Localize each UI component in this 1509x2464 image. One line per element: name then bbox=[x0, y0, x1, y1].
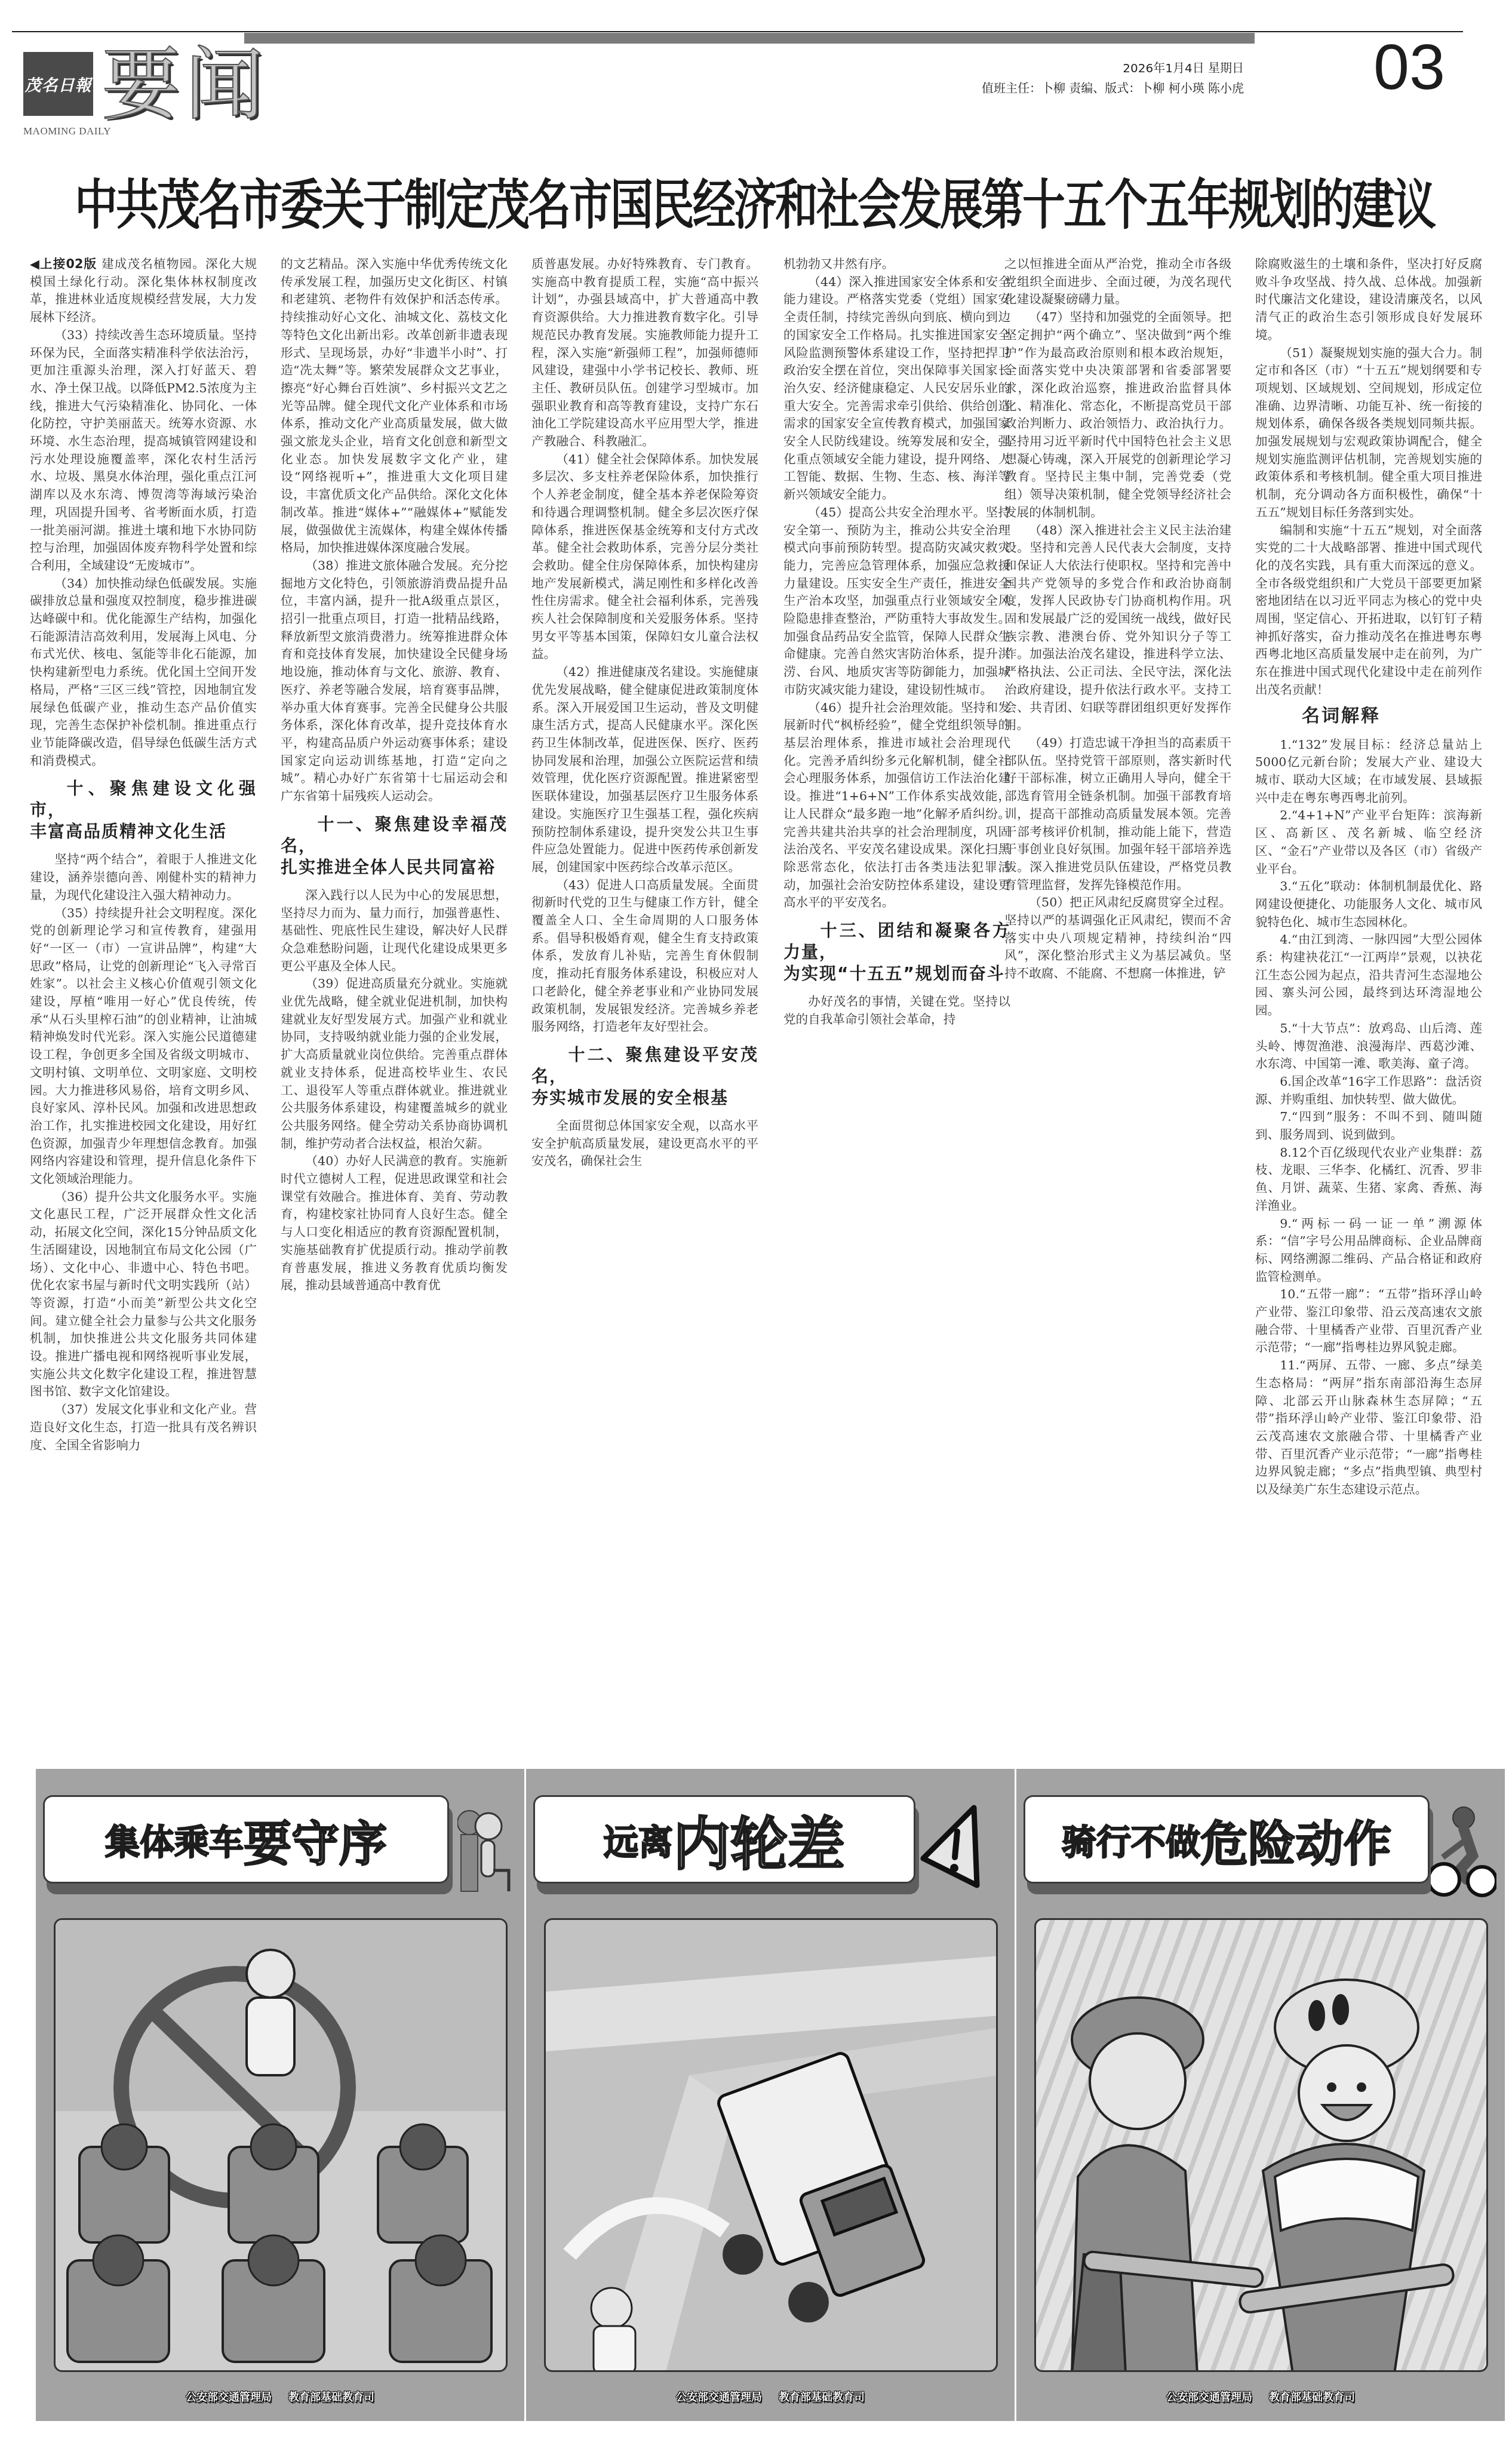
warning-triangle-icon bbox=[920, 1805, 980, 1888]
comic-title-small: 远离 bbox=[604, 1814, 673, 1864]
article-body: ◀上接02版 建成茂名植物园。深化大规模国土绿化行动。深化集体林权制度改革，推进… bbox=[30, 256, 1481, 1737]
column-3: 质普惠发展。办好特殊教育、专门教育。实施高中教育提质工程，实施“高中振兴计划”，… bbox=[531, 256, 758, 1737]
paragraph: （39）促进高质量充分就业。实施就业优先战略，健全就业促进机制，加快构建就业友好… bbox=[281, 975, 508, 1153]
glossary-list: 1.“132”发展目标：经济总量站上5000亿元新台阶；发展大产业、建设大城市、… bbox=[1255, 736, 1482, 1499]
section-heading-line-1: 十一、聚焦建设幸福茂名， bbox=[281, 814, 508, 857]
section-heading: 十一、聚焦建设幸福茂名，扎实推进全体人民共同富裕 bbox=[281, 814, 508, 878]
paragraph-text: 全面贯彻总体国家安全观，以高水平安全护航高质量发展，建设更高水平的平安茂名，确保… bbox=[531, 1119, 758, 1168]
comic-panel-bus: 集体乘车要守序 bbox=[36, 1769, 524, 2421]
paragraph-text: （34）加快推动绿色低碳发展。实施碳排放总量和强度双控制度，稳步推进碳达峰碳中和… bbox=[30, 576, 257, 768]
paragraph: （38）推进文旅体融合发展。充分挖掘地方文化特色，引领旅游消费品提升品位，丰富内… bbox=[281, 557, 508, 806]
truck-turning-illustration bbox=[546, 1920, 998, 2372]
paragraph-text: （38）推进文旅体融合发展。充分挖掘地方文化特色，引领旅游消费品提升品位，丰富内… bbox=[281, 558, 508, 803]
paragraph-text: （46）提升社会治理效能。坚持和发展新时代“枫桥经验”，健全党组织领导的基层治理… bbox=[783, 701, 1010, 910]
safety-comics: 集体乘车要守序 bbox=[36, 1769, 1505, 2421]
credit-education-dept: 教育部基础教育司 bbox=[288, 2391, 374, 2404]
paragraph: 编制和实施“十五五”规划，对全面落实党的二十大战略部署、推进中国式现代化的茂名实… bbox=[1255, 522, 1482, 699]
section-heading: 十二、聚焦建设平安茂名，夯实城市发展的安全根基 bbox=[531, 1044, 758, 1109]
paragraph: （40）办好人民满意的教育。实施新时代立德树人工程，促进思政课堂和社会课堂有效融… bbox=[281, 1153, 508, 1295]
paragraph-text: 之以恒推进全面从严治党，推动全市各级党组织全面进步、全面过硬，为茂名现代化建设凝… bbox=[1004, 257, 1231, 306]
paragraph-text: 机勃勃又井然有序。 bbox=[783, 257, 894, 271]
glossary-item: 5.“十大节点”：放鸡岛、山后湾、莲头岭、博贺渔港、浪漫海岸、西葛沙滩、水东湾、… bbox=[1255, 1020, 1482, 1073]
paragraph: （46）提升社会治理效能。坚持和发展新时代“枫桥经验”，健全党组织领导的基层治理… bbox=[783, 699, 1010, 912]
credit-education-dept: 教育部基础教育司 bbox=[1269, 2391, 1355, 2404]
paragraph: （35）持续提升社会文明程度。深化党的创新理论学习和宣传教育，建强用好“一区一（… bbox=[30, 905, 257, 1188]
paragraph: 办好茂名的事情，关键在党。坚持以党的自我革命引领社会革命，持 bbox=[783, 993, 1010, 1028]
issue-date: 2026年1月4日 星期日 bbox=[1123, 59, 1244, 76]
paragraph-text: （33）持续改善生态环境质量。坚持环保为民，全面落实精准科学依法治污，更加注重源… bbox=[30, 328, 257, 573]
paragraph: 全面贯彻总体国家安全观，以高水平安全护航高质量发展，建设更高水平的平安茂名，确保… bbox=[531, 1117, 758, 1170]
column-2: 的文艺精品。深入实施中华优秀传统文化传承发展工程，加强历史文化街区、村镇和老建筑… bbox=[281, 256, 508, 1737]
paragraph-text: （51）凝聚规划实施的强大合力。制定市和各区（市）“十五五”规划纲要和专项规划、… bbox=[1255, 346, 1482, 520]
paragraph-text: （41）健全社会保障体系。加快发展多层次、多支柱养老保险体系，加快推行个人养老金… bbox=[531, 452, 758, 662]
cyclists-illustration bbox=[1036, 1920, 1488, 2372]
credit-traffic-bureau: 公安部交通管理局 bbox=[186, 2391, 272, 2404]
section-heading-line-1: 十、聚焦建设文化强市， bbox=[30, 778, 257, 821]
logo-english: MAOMING DAILY bbox=[23, 125, 93, 137]
seated-passenger-icon bbox=[457, 1805, 511, 1894]
paragraph: （42）推进健康茂名建设。实施健康优先发展战略，健全健康促进政策制度体系。深入开… bbox=[531, 663, 758, 876]
paragraph: （45）提高公共安全治理水平。坚持安全第一、预防为主，推动公共安全治理模式向事前… bbox=[783, 504, 1010, 699]
paragraph: （48）深入推进社会主义民主法治建设。坚持和完善人民代表大会制度，支持和保证人大… bbox=[1004, 522, 1231, 735]
paragraph: （44）深入推进国家安全体系和安全能力建设。严格落实党委（党组）国家安全责任制，… bbox=[783, 274, 1010, 504]
comic-illustration-cycling bbox=[1034, 1918, 1488, 2372]
glossary-item: 4.“由江到湾、一脉四园”大型公园体系：构建袂花江“一江两岸”景观，以袂花江生态… bbox=[1255, 931, 1482, 1020]
section-heading-line-1: 十三、团结和凝聚各方力量， bbox=[783, 920, 1010, 963]
paragraph-text: （43）促进人口高质量发展。全面贯彻新时代党的卫生与健康工作方针，健全覆盖全人口… bbox=[531, 878, 758, 1034]
paragraph: （41）健全社会保障体系。加快发展多层次、多支柱养老保险体系，加快推行个人养老金… bbox=[531, 451, 758, 663]
paragraph-text: 编制和实施“十五五”规划，对全面落实党的二十大战略部署、推进中国式现代化的茂名实… bbox=[1255, 523, 1482, 697]
paragraph: （36）提升公共文化服务水平。实施文化惠民工程，广泛开展群众性文化活动，拓展文化… bbox=[30, 1188, 257, 1401]
paragraph-text: （49）打造忠诚干净担当的高素质干部队伍。坚持党管干部原则，落实新时代好干部标准… bbox=[1004, 736, 1231, 892]
paragraph-text: （45）提高公共安全治理水平。坚持安全第一、预防为主，推动公共安全治理模式向事前… bbox=[783, 505, 1010, 697]
column-6: 除腐败滋生的土壤和条件，坚决打好反腐败斗争攻坚战、持久战、总体战。加强新时代廉洁… bbox=[1255, 256, 1482, 1737]
paragraph-text: （48）深入推进社会主义民主法治建设。坚持和完善人民代表大会制度，支持和保证人大… bbox=[1004, 523, 1231, 733]
comic-title-small: 集体乘车 bbox=[105, 1814, 244, 1864]
comic-credit: 公安部交通管理局教育部基础教育司 bbox=[526, 2389, 1015, 2404]
paragraph: （34）加快推动绿色低碳发展。实施碳排放总量和强度双控制度，稳步推进碳达峰碳中和… bbox=[30, 575, 257, 770]
comic-panel-cycling: 骑行不做危险动作 bbox=[1016, 1769, 1505, 2421]
paragraph: 的文艺精品。深入实施中华优秀传统文化传承发展工程，加强历史文化街区、村镇和老建筑… bbox=[281, 256, 508, 557]
section-heading-line-2: 扎实推进全体人民共同富裕 bbox=[281, 857, 508, 878]
comic-title-big: 危险动作 bbox=[1200, 1805, 1391, 1874]
newspaper-logo: 茂名日報 bbox=[23, 52, 93, 116]
paragraph: 坚持“两个结合”，着眼于人推进文化建设，涵养崇德向善、刚健朴实的精神力量，为现代… bbox=[30, 851, 257, 904]
paragraph: 深入践行以人民为中心的发展思想，坚持尽力而为、量力而行，加强普惠性、基础性、兜底… bbox=[281, 887, 508, 976]
bus-interior-illustration bbox=[56, 1920, 508, 2372]
paragraph-text: 办好茂名的事情，关键在党。坚持以党的自我革命引领社会革命，持 bbox=[783, 994, 1010, 1027]
comic-title-banner: 远离内轮差 bbox=[533, 1795, 915, 1884]
credit-traffic-bureau: 公安部交通管理局 bbox=[676, 2391, 762, 2404]
comic-illustration-bus bbox=[54, 1918, 508, 2372]
paragraph: （50）把正风肃纪反腐贯穿全过程。坚持以严的基调强化正风肃纪，锲而不舍落实中央八… bbox=[1004, 894, 1231, 983]
comic-panel-truck: 远离内轮差 公安部交通管理 bbox=[526, 1769, 1015, 2421]
paragraph-text: （37）发展文化事业和文化产业。营造良好文化生态，打造一批具有茂名辨识度、全国全… bbox=[30, 1402, 257, 1452]
comic-title-small: 骑行不做 bbox=[1062, 1814, 1200, 1864]
section-heading-line-2: 夯实城市发展的安全根基 bbox=[531, 1087, 758, 1109]
paragraph: （43）促进人口高质量发展。全面贯彻新时代党的卫生与健康工作方针，健全覆盖全人口… bbox=[531, 877, 758, 1036]
paragraph: （47）坚持和加强党的全面领导。把坚定拥护“两个确立”、坚决做到“两个维护”作为… bbox=[1004, 309, 1231, 521]
cyclist-icon bbox=[1431, 1805, 1496, 1900]
comic-title-banner: 骑行不做危险动作 bbox=[1024, 1795, 1430, 1884]
section-heading: 十三、团结和凝聚各方力量，为实现“十五五”规划而奋斗 bbox=[783, 920, 1010, 985]
paragraph: （51）凝聚规划实施的强大合力。制定市和各区（市）“十五五”规划纲要和专项规划、… bbox=[1255, 345, 1482, 522]
paragraph: 质普惠发展。办好特殊教育、专门教育。实施高中教育提质工程，实施“高中振兴计划”，… bbox=[531, 256, 758, 451]
section-heading-line-2: 丰富高品质精神文化生活 bbox=[30, 821, 257, 843]
glossary-item: 1.“132”发展目标：经济总量站上5000亿元新台阶；发展大产业、建设大城市、… bbox=[1255, 736, 1482, 807]
paragraph-text: （40）办好人民满意的教育。实施新时代立德树人工程，促进思政课堂和社会课堂有效融… bbox=[281, 1154, 508, 1292]
comic-illustration-truck bbox=[544, 1918, 998, 2372]
comic-title-big: 要守序 bbox=[244, 1805, 387, 1874]
page-number: 03 bbox=[1373, 35, 1445, 99]
paragraph-text: 质普惠发展。办好特殊教育、专门教育。实施高中教育提质工程，实施“高中振兴计划”，… bbox=[531, 257, 758, 448]
credit-education-dept: 教育部基础教育司 bbox=[779, 2391, 865, 2404]
glossary-item: 2.“4+1+N”产业平台矩阵：滨海新区、高新区、茂名新城、临空经济区、“金石”… bbox=[1255, 807, 1482, 878]
comic-credit: 公安部交通管理局教育部基础教育司 bbox=[1016, 2389, 1505, 2404]
logo-text: 茂名日報 bbox=[25, 72, 92, 96]
paragraph-text: （50）把正风肃纪反腐贯穿全过程。坚持以严的基调强化正风肃纪，锲而不舍落实中央八… bbox=[1004, 895, 1231, 981]
paragraph-text: （42）推进健康茂名建设。实施健康优先发展战略，健全健康促进政策制度体系。深入开… bbox=[531, 665, 758, 874]
glossary-item: 9.“两标一码一证一单”溯源体系：“信”字号公用品牌商标、企业品牌商标、网络溯源… bbox=[1255, 1215, 1482, 1286]
paragraph-text: （39）促进高质量充分就业。实施就业优先战略，健全就业促进机制，加快构建就业友好… bbox=[281, 976, 508, 1150]
glossary-item: 6.国企改革“16字工作思路”：盘活资源、并购重组、加快转型、做大做优。 bbox=[1255, 1073, 1482, 1108]
paragraph-text: 坚持“两个结合”，着眼于人推进文化建设，涵养崇德向善、刚健朴实的精神力量，为现代… bbox=[30, 852, 257, 902]
paragraph: ◀上接02版 建成茂名植物园。深化大规模国土绿化行动。深化集体林权制度改革，推进… bbox=[30, 256, 257, 327]
section-title: 要闻 bbox=[102, 45, 269, 124]
glossary-item: 10.“五带一廊”：“五带”指环浮山岭产业带、鉴江印象带、沿云茂高速农文旅融合带… bbox=[1255, 1286, 1482, 1357]
paragraph: （49）打造忠诚干净担当的高素质干部队伍。坚持党管干部原则，落实新时代好干部标准… bbox=[1004, 735, 1231, 894]
comic-title-big: 内轮差 bbox=[673, 1799, 845, 1881]
section-heading-line-1: 十二、聚焦建设平安茂名， bbox=[531, 1044, 758, 1087]
column-1: ◀上接02版 建成茂名植物园。深化大规模国土绿化行动。深化集体林权制度改革，推进… bbox=[30, 256, 257, 1737]
glossary-item: 3.“五化”联动：体制机制最优化、路网建设便捷化、功能服务人文化、城市风貌特色化… bbox=[1255, 878, 1482, 931]
column-5: 之以恒推进全面从严治党，推动全市各级党组织全面进步、全面过硬，为茂名现代化建设凝… bbox=[1004, 256, 1231, 1737]
paragraph-text: 的文艺精品。深入实施中华优秀传统文化传承发展工程，加强历史文化街区、村镇和老建筑… bbox=[281, 257, 508, 555]
paragraph: 之以恒推进全面从严治党，推动全市各级党组织全面进步、全面过硬，为茂名现代化建设凝… bbox=[1004, 256, 1231, 309]
glossary-heading: 名词解释 bbox=[1255, 704, 1482, 728]
main-headline: 中共茂名市委关于制定茂名市国民经济和社会发展第十五个五年规划的建议 bbox=[7, 178, 1502, 232]
paragraph-text: （44）深入推进国家安全体系和安全能力建设。严格落实党委（党组）国家安全责任制，… bbox=[783, 275, 1010, 502]
masthead-gray-band bbox=[244, 33, 1255, 44]
glossary-item: 11.“两屏、五带、一廊、多点”绿美生态格局：“两屏”指东南部沿海生态屏障、北部… bbox=[1255, 1357, 1482, 1499]
paragraph: （33）持续改善生态环境质量。坚持环保为民，全面落实精准科学依法治污，更加注重源… bbox=[30, 327, 257, 575]
editor-credits: 值班主任：卜柳 责编、版式：卜柳 柯小瑛 陈小虎 bbox=[982, 79, 1244, 96]
paragraph-text: 除腐败滋生的土壤和条件，坚决打好反腐败斗争攻坚战、持久战、总体战。加强新时代廉洁… bbox=[1255, 257, 1482, 342]
comic-title-banner: 集体乘车要守序 bbox=[43, 1795, 449, 1884]
paragraph-text: （35）持续提升社会文明程度。深化党的创新理论学习和宣传教育，建强用好“一区一（… bbox=[30, 906, 257, 1187]
section-heading-line-2: 为实现“十五五”规划而奋斗 bbox=[783, 963, 1010, 985]
continued-from-marker: ◀上接02版 bbox=[30, 257, 97, 271]
paragraph: 除腐败滋生的土壤和条件，坚决打好反腐败斗争攻坚战、持久战、总体战。加强新时代廉洁… bbox=[1255, 256, 1482, 345]
paragraph: 机勃勃又井然有序。 bbox=[783, 256, 1010, 274]
credit-traffic-bureau: 公安部交通管理局 bbox=[1166, 2391, 1252, 2404]
paragraph-text: 深入践行以人民为中心的发展思想，坚持尽力而为、量力而行，加强普惠性、基础性、兜底… bbox=[281, 888, 508, 973]
masthead-top-rule bbox=[12, 31, 1463, 32]
paragraph-text: （47）坚持和加强党的全面领导。把坚定拥护“两个确立”、坚决做到“两个维护”作为… bbox=[1004, 310, 1231, 520]
glossary-item: 7.“四到”服务：不叫不到、随叫随到、服务周到、说到做到。 bbox=[1255, 1108, 1482, 1144]
section-heading: 十、聚焦建设文化强市，丰富高品质精神文化生活 bbox=[30, 778, 257, 843]
comic-credit: 公安部交通管理局教育部基础教育司 bbox=[36, 2389, 524, 2404]
column-4: 机勃勃又井然有序。（44）深入推进国家安全体系和安全能力建设。严格落实党委（党组… bbox=[783, 256, 1010, 1737]
paragraph: （37）发展文化事业和文化产业。营造良好文化生态，打造一批具有茂名辨识度、全国全… bbox=[30, 1401, 257, 1454]
glossary-item: 8.12个百亿级现代农业产业集群：荔枝、龙眼、三华李、化橘红、沉香、罗非鱼、月饼… bbox=[1255, 1144, 1482, 1215]
paragraph-text: （36）提升公共文化服务水平。实施文化惠民工程，广泛开展群众性文化活动，拓展文化… bbox=[30, 1190, 257, 1399]
